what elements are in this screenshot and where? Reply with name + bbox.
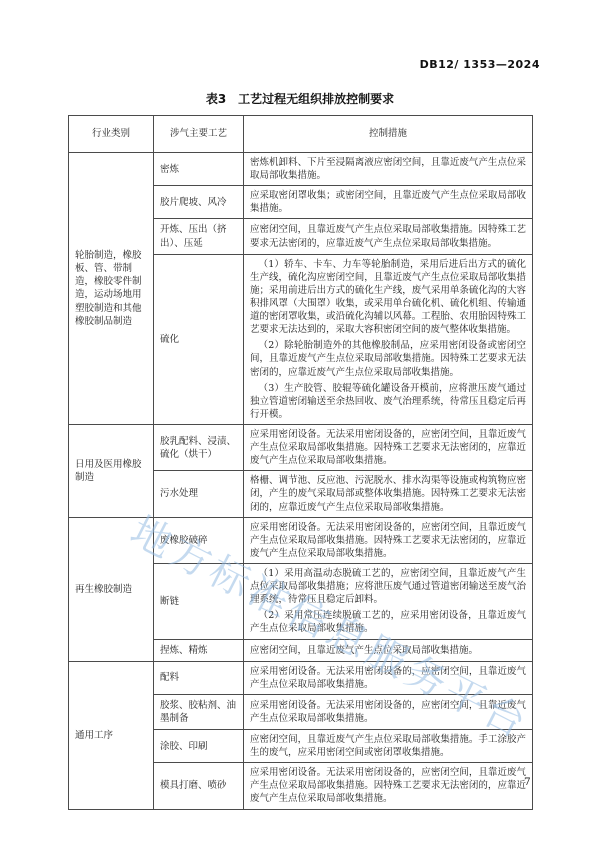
table-container: 行业类别 涉气主要工艺 控制措施 轮胎制造，橡胶板、管、带制造，橡胶零件制造，运… bbox=[68, 115, 533, 810]
measure-paragraph: （2）采用常压连续脱硫工艺的，应采用密闭设备，且靠近废气产生点位采取局部收集措施… bbox=[250, 609, 526, 635]
measure-paragraph: （1）采用高温动态脱硫工艺的，应密闭空间，且靠近废气产生点位采取局部收集措施；应… bbox=[250, 567, 526, 606]
measures-cell: （1）采用高温动态脱硫工艺的，应密闭空间，且靠近废气产生点位采取局部收集措施；应… bbox=[244, 563, 533, 639]
process-cell: 模具打磨、喷砂 bbox=[154, 763, 244, 809]
column-header-industry: 行业类别 bbox=[69, 116, 154, 153]
control-measures-table: 行业类别 涉气主要工艺 控制措施 轮胎制造，橡胶板、管、带制造，橡胶零件制造，运… bbox=[68, 115, 533, 810]
measure-paragraph: 应密闭空间，且靠近废气产生点位采取局部收集措施。 bbox=[250, 644, 526, 657]
measure-paragraph: 应采用密闭设备。无法采用密闭设备的，应密闭空间，且靠近废气产生点位采取局部收集措… bbox=[250, 521, 526, 560]
column-header-process: 涉气主要工艺 bbox=[154, 116, 244, 153]
category-cell: 通用工序 bbox=[69, 661, 154, 809]
category-cell: 日用及医用橡胶制造 bbox=[69, 424, 154, 517]
category-cell: 轮胎制造，橡胶板、管、带制造，橡胶零件制造，运动场地用塑胶制造和其他橡胶制品制造 bbox=[69, 153, 154, 425]
measure-paragraph: 密炼机卸料、下片至浸隔离液应密闭空间，且靠近废气产生点位采取局部收集措施。 bbox=[250, 156, 526, 182]
process-cell: 胶乳配料、浸渍、硫化（烘干） bbox=[154, 424, 244, 470]
measure-paragraph: 应采用密闭设备。无法采用密闭设备的，应密闭空间，且靠近废气产生点位采取局部收集措… bbox=[250, 766, 526, 805]
process-cell: 密炼 bbox=[154, 153, 244, 186]
measure-paragraph: 应采用密闭设备。无法采用密闭设备的，应密闭空间，且靠近废气产生点位采取局部收集措… bbox=[250, 699, 526, 725]
measure-paragraph: 格栅、调节池、反应池、污泥脱水、排水沟渠等设施或构筑物应密闭，产生的废气采取局部… bbox=[250, 474, 526, 513]
doc-number: DB12/ 1353—2024 bbox=[420, 58, 540, 71]
measure-paragraph: （3）生产胶管、胶辊等硫化罐设备开模前，应将泄压废气通过独立管道密闭输送至余热回… bbox=[250, 382, 526, 421]
measures-cell: 应密闭空间，且靠近废气产生点位采取局部收集措施。因特殊工艺要求无法密闭的，应靠近… bbox=[244, 219, 533, 254]
table-row: 通用工序配料应采用密闭设备。无法采用密闭设备的，应密闭空间，且靠近废气产生点位采… bbox=[69, 661, 533, 694]
measures-cell: 应采取密闭罩收集；或密闭空间，且靠近废气产生点位采取局部收集措施。 bbox=[244, 186, 533, 219]
measures-cell: 应采用密闭设备。无法采用密闭设备的，应密闭空间，且靠近废气产生点位采取局部收集措… bbox=[244, 661, 533, 694]
measure-paragraph: 应采用密闭设备。无法采用密闭设备的，应密闭空间，且靠近废气产生点位采取局部收集措… bbox=[250, 665, 526, 691]
measure-paragraph: 应采用密闭设备。无法采用密闭设备的，应密闭空间，且靠近废气产生点位采取局部收集措… bbox=[250, 428, 526, 467]
process-cell: 捏炼、精炼 bbox=[154, 639, 244, 661]
table-body: 轮胎制造，橡胶板、管、带制造，橡胶零件制造，运动场地用塑胶制造和其他橡胶制品制造… bbox=[69, 153, 533, 810]
process-cell: 废橡胶破碎 bbox=[154, 517, 244, 563]
process-cell: 硫化 bbox=[154, 254, 244, 424]
table-header-row: 行业类别 涉气主要工艺 控制措施 bbox=[69, 116, 533, 153]
measure-paragraph: （2）除轮胎制造外的其他橡胶制品，应采用密闭设备或密闭空间，且靠近废气产生点位采… bbox=[250, 339, 526, 378]
measure-paragraph: 应密闭空间，且靠近废气产生点位采取局部收集措施。因特殊工艺要求无法密闭的，应靠近… bbox=[250, 223, 526, 249]
measure-paragraph: 应密闭空间，且靠近废气产生点位采取局部收集措施。手工涂胶产生的废气，应采用密闭空… bbox=[250, 733, 526, 759]
table-row: 日用及医用橡胶制造胶乳配料、浸渍、硫化（烘干）应采用密闭设备。无法采用密闭设备的… bbox=[69, 424, 533, 470]
table-title: 表3 工艺过程无组织排放控制要求 bbox=[0, 90, 600, 107]
process-cell: 断链 bbox=[154, 563, 244, 639]
table-row: 轮胎制造，橡胶板、管、带制造，橡胶零件制造，运动场地用塑胶制造和其他橡胶制品制造… bbox=[69, 153, 533, 186]
measure-paragraph: （1）轿车、卡车、力车等轮胎制造，采用后进后出方式的硫化生产线，硫化沟应密闭空间… bbox=[250, 258, 526, 337]
measures-cell: 应采用密闭设备。无法采用密闭设备的，应密闭空间，且靠近废气产生点位采取局部收集措… bbox=[244, 763, 533, 809]
process-cell: 污水处理 bbox=[154, 471, 244, 517]
process-cell: 涂胶、印刷 bbox=[154, 730, 244, 763]
process-cell: 开炼、压出（挤出）、压延 bbox=[154, 219, 244, 254]
category-cell: 再生橡胶制造 bbox=[69, 517, 154, 661]
process-cell: 胶片爬坡、风冷 bbox=[154, 186, 244, 219]
measures-cell: 密炼机卸料、下片至浸隔离液应密闭空间，且靠近废气产生点位采取局部收集措施。 bbox=[244, 153, 533, 186]
measures-cell: 应采用密闭设备。无法采用密闭设备的，应密闭空间，且靠近废气产生点位采取局部收集措… bbox=[244, 517, 533, 563]
measures-cell: 应采用密闭设备。无法采用密闭设备的，应密闭空间，且靠近废气产生点位采取局部收集措… bbox=[244, 424, 533, 470]
measures-cell: 格栅、调节池、反应池、污泥脱水、排水沟渠等设施或构筑物应密闭，产生的废气采取局部… bbox=[244, 471, 533, 517]
measures-cell: 应密闭空间，且靠近废气产生点位采取局部收集措施。手工涂胶产生的废气，应采用密闭空… bbox=[244, 730, 533, 763]
measure-paragraph: 应采取密闭罩收集；或密闭空间，且靠近废气产生点位采取局部收集措施。 bbox=[250, 189, 526, 215]
measures-cell: 应采用密闭设备。无法采用密闭设备的，应密闭空间，且靠近废气产生点位采取局部收集措… bbox=[244, 694, 533, 729]
process-cell: 胶浆、胶粘剂、油墨制备 bbox=[154, 694, 244, 729]
column-header-measures: 控制措施 bbox=[244, 116, 533, 153]
table-row: 再生橡胶制造废橡胶破碎应采用密闭设备。无法采用密闭设备的，应密闭空间，且靠近废气… bbox=[69, 517, 533, 563]
process-cell: 配料 bbox=[154, 661, 244, 694]
measures-cell: （1）轿车、卡车、力车等轮胎制造，采用后进后出方式的硫化生产线，硫化沟应密闭空间… bbox=[244, 254, 533, 424]
measures-cell: 应密闭空间，且靠近废气产生点位采取局部收集措施。 bbox=[244, 639, 533, 661]
